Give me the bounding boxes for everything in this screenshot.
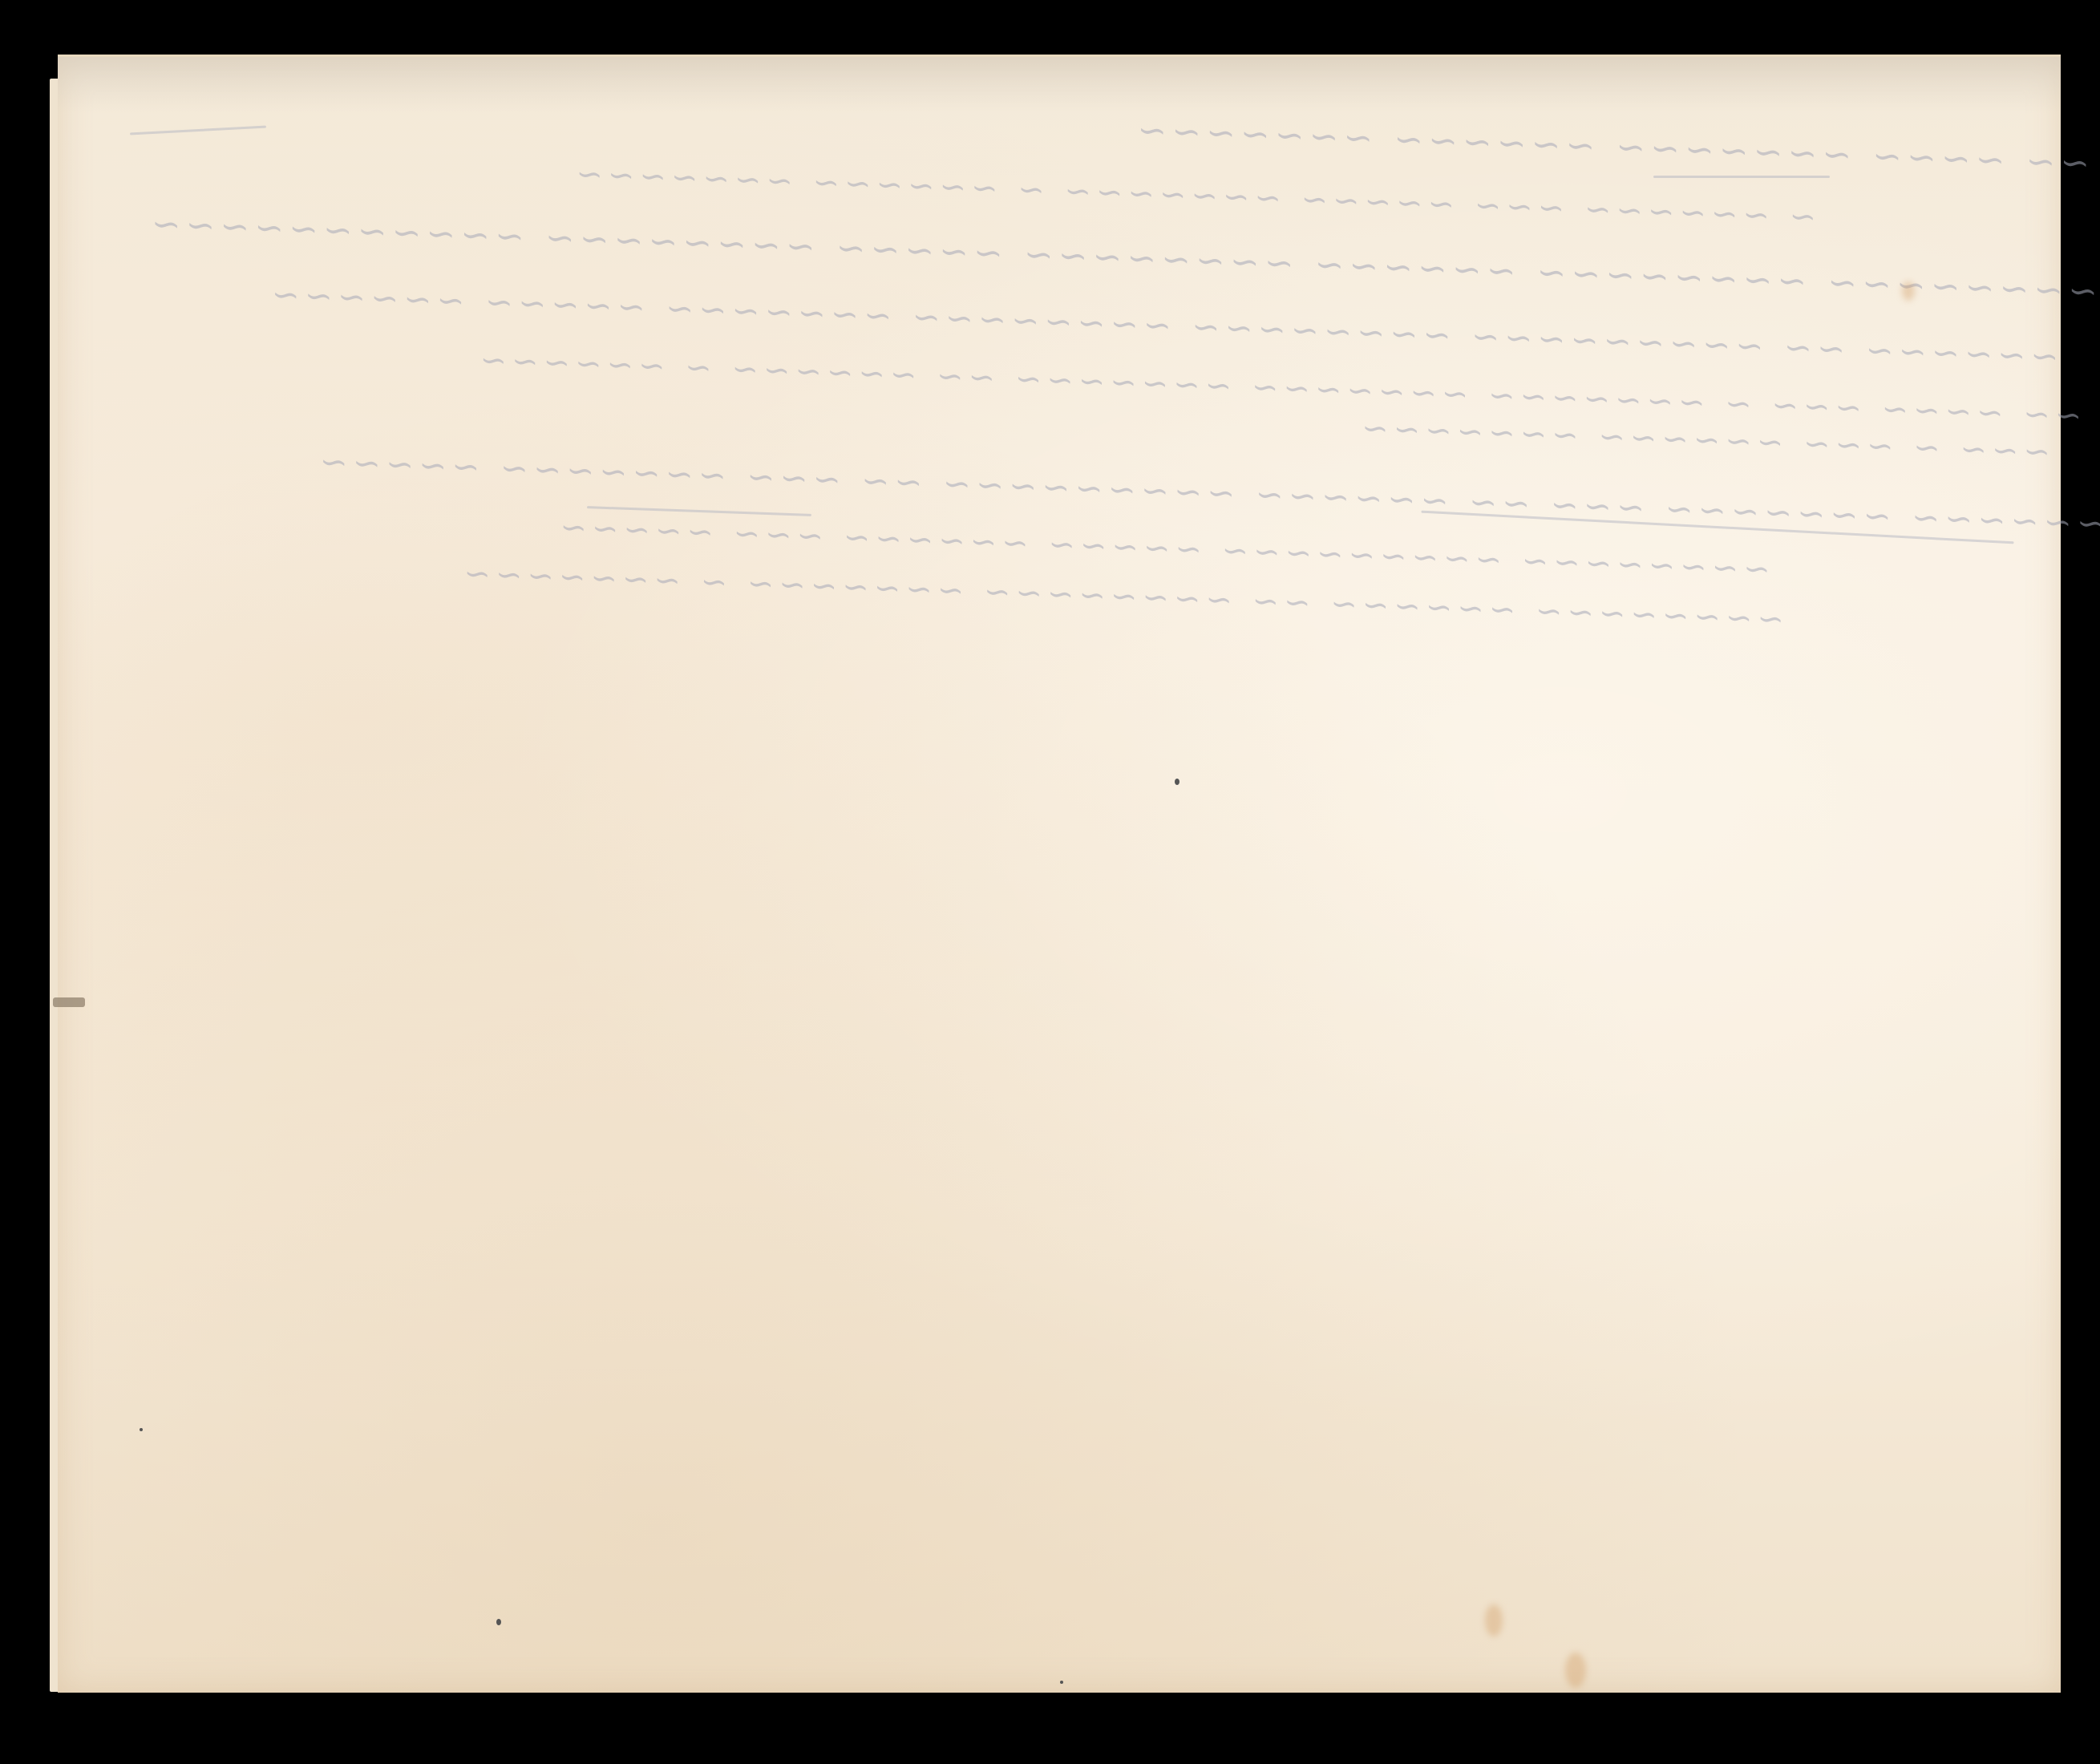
foxing-stain (1902, 281, 1915, 301)
edge-ink-mark (53, 997, 85, 1007)
underline (130, 126, 266, 136)
speck (1060, 1681, 1063, 1684)
speck (140, 1428, 143, 1431)
bleed-through-line-1: ~~~~ ~~ ~~~~ ~~~~~~~ ~~~~~~ ~~~~~~~ (1132, 110, 2100, 189)
foxing-stain (1565, 1653, 1586, 1688)
foxing-stain (1485, 1604, 1503, 1637)
speck (1175, 779, 1179, 785)
top-discoloration (58, 57, 2061, 113)
underline (1653, 176, 1830, 178)
speck (496, 1619, 501, 1625)
manuscript-page: ~~~~ ~~ ~~~~ ~~~~~~~ ~~~~~~ ~~~~~~~ ~ ~~… (58, 55, 2061, 1693)
